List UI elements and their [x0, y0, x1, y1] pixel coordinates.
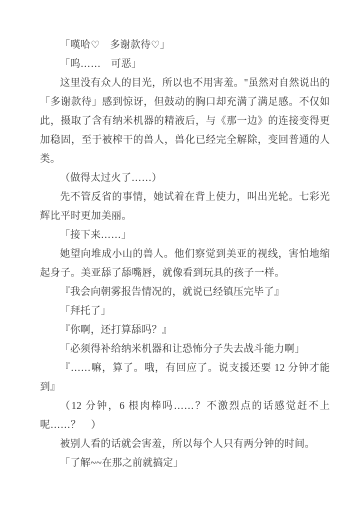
dialogue-line: 「呜…… 可恶」 — [40, 55, 330, 74]
narration-paragraph: 被别人看的话就会害羞，所以每个人只有两分钟的时间。 — [40, 435, 330, 454]
narration-paragraph: 这里没有众人的目光，所以也不用害羞。"虽然对自然说出的「多谢款待」感到惊讶，但鼓… — [40, 74, 330, 169]
reader-page: 「嘆哈♡ 多谢款待♡」 「呜…… 可恶」 这里没有众人的目光，所以也不用害羞。"… — [0, 0, 360, 509]
dialogue-line: 「必须得补给纳米机器和让恐怖分子失去战斗能力啊」 — [40, 340, 330, 359]
dialogue-line: 『……嘛，算了。哦，有回应了。说支援还要 12 分钟才能到』 — [40, 359, 330, 397]
narration-paragraph: 她望向堆成小山的兽人。他们察觉到美亚的视线，害怕地缩起身子。美亚舔了舔嘴唇，就像… — [40, 245, 330, 283]
inner-thought-line: （12 分钟，6 根肉棒吗……？不激烈点的话感觉赶不上呢……？ ） — [40, 397, 330, 435]
dialogue-line: 『我会向朝雾报告情况的，就说已经镇压完毕了』 — [40, 283, 330, 302]
dialogue-line: 「接下来……」 — [40, 226, 330, 245]
narration-paragraph: 先不管反省的事情，她试着在背上使力，叫出光轮。七彩光辉比平时更加美丽。 — [40, 188, 330, 226]
dialogue-line: 「了解~~在那之前就搞定」 — [40, 454, 330, 473]
dialogue-line: 「拜托了」 — [40, 302, 330, 321]
dialogue-line: 『你啊，还打算舔吗？』 — [40, 321, 330, 340]
inner-thought-line: （做得太过火了……） — [40, 169, 330, 188]
dialogue-line: 「嘆哈♡ 多谢款待♡」 — [40, 36, 330, 55]
